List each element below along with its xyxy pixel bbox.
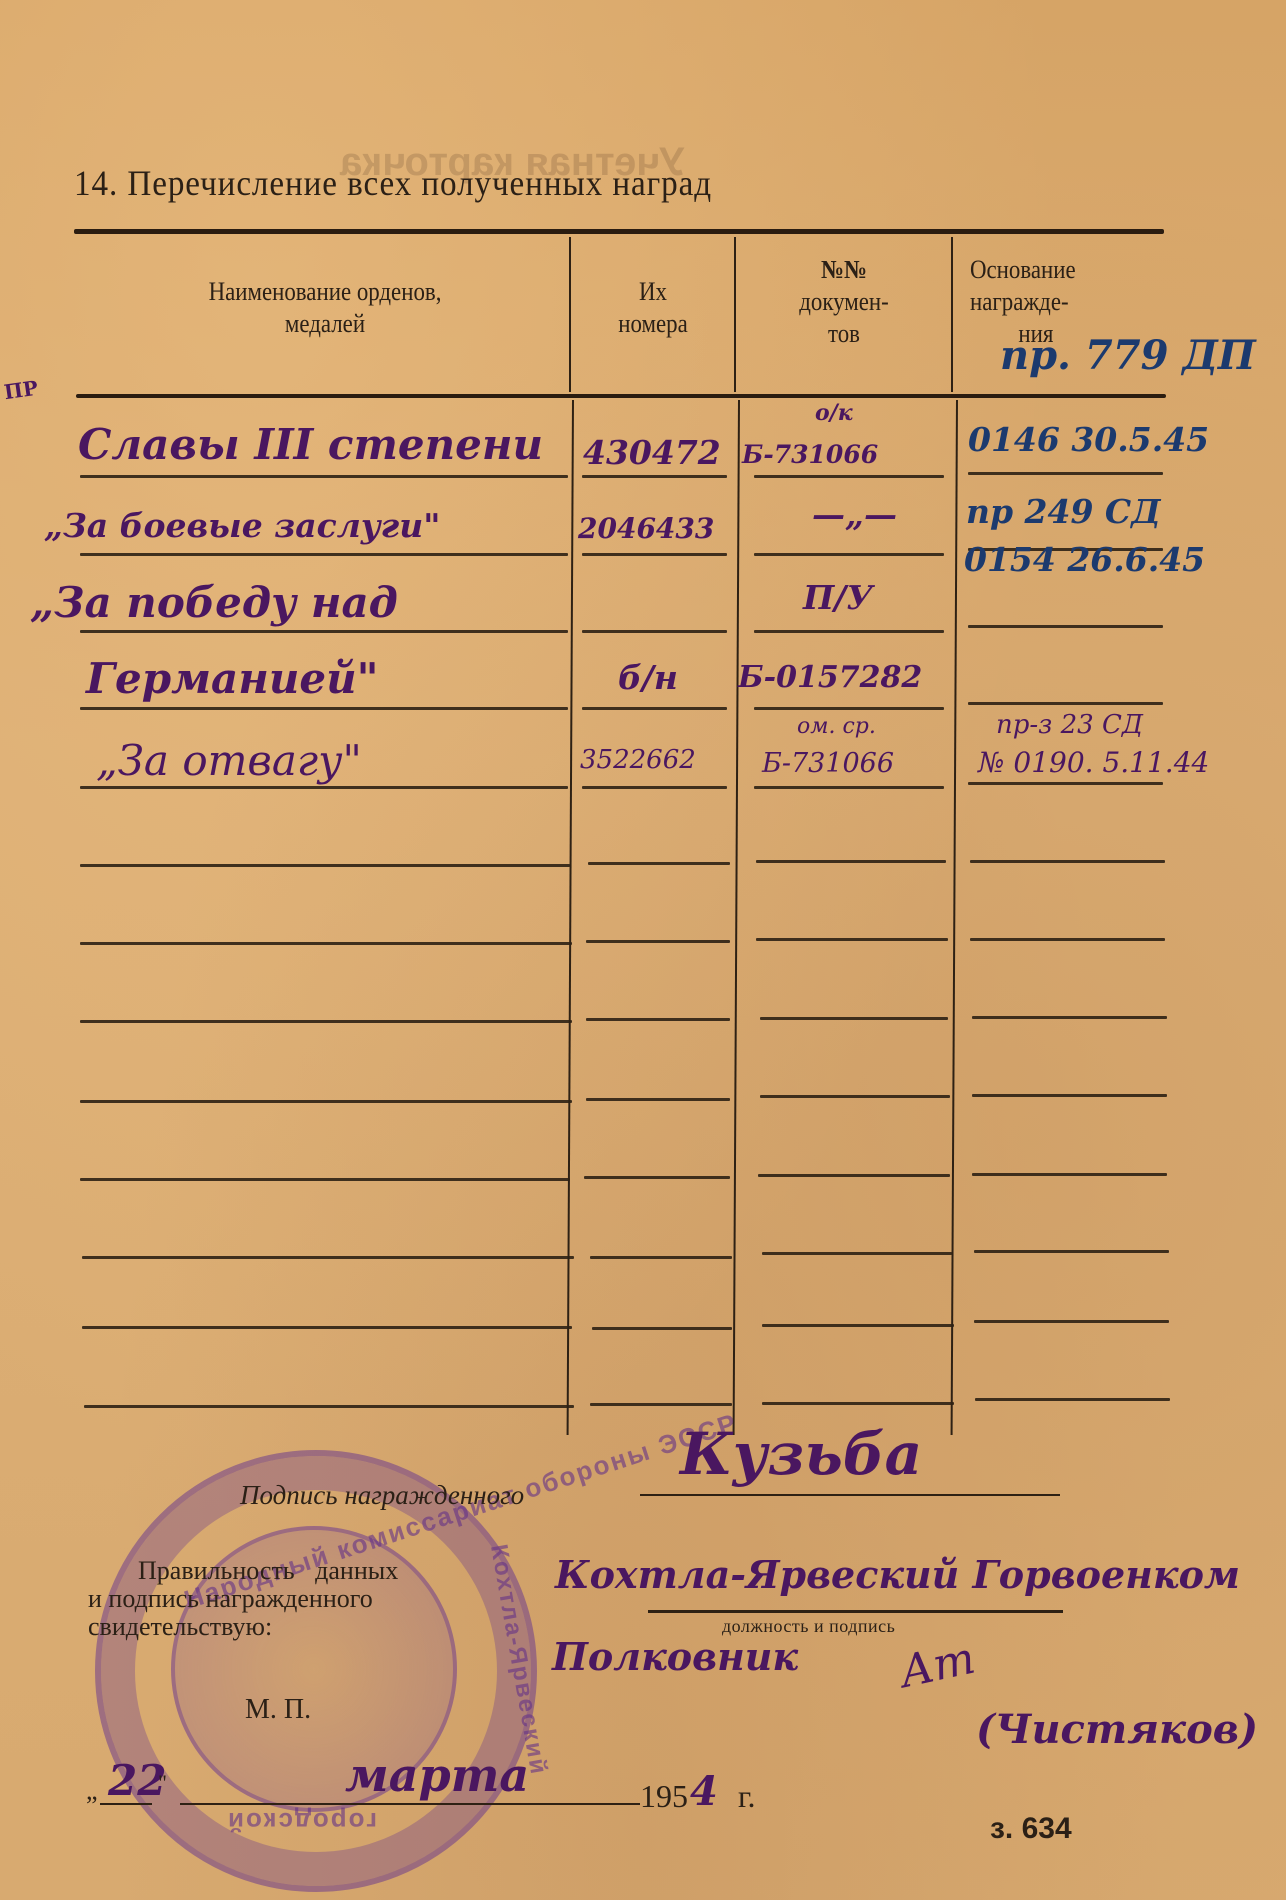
award-number: 2046433 [578,512,714,545]
col-header-doc-line3: тов [756,318,932,350]
col-header-name-line1: Наименование орденов, [118,276,532,308]
certification-label-line2: и подпись награжденного [88,1584,373,1614]
doc-note: ом. ср. [797,714,876,739]
header-basis-handwritten: пр. 779 ДП [1000,332,1256,379]
award-name: „За победу над [30,578,398,627]
col-header-doc-line1: №№ [756,254,932,286]
award-basis: пр 249 СД [966,492,1161,531]
officer-rank: Полковник [552,1634,798,1679]
section-title: 14. Перечисление всех полученных наград [74,162,712,204]
doc-number: —„— [812,495,897,534]
award-basis: 0154 26.6.45 [964,540,1205,579]
seal-label: М. П. [245,1694,311,1726]
column-divider [951,237,953,392]
date-month: марта [345,1748,529,1802]
col-header-number: Их номера [587,276,719,340]
officer-position: Кохтла-Ярвеский Горвоенком [555,1552,1240,1597]
awardee-signature-label: Подпись награжденного [240,1480,524,1511]
award-number: б/н [618,658,678,697]
table-top-rule [74,229,1164,234]
doc-note: о/к [815,400,853,426]
award-number: 3522662 [580,745,696,775]
date-year-prefix: 195 [640,1778,688,1815]
officer-signature: Ат [896,1633,980,1698]
doc-number: Б-0157282 [738,660,922,695]
awardee-signature: Кузьба [680,1420,922,1488]
officer-name: (Чистяков) [976,1706,1258,1753]
stamp-right-text: Кохтла-Ярвеский [484,1542,552,1778]
award-number: 430472 [583,433,721,472]
official-stamp: Народный комиссариат обороны ЭССР Кохтла… [95,1450,537,1892]
column-divider [734,237,736,392]
margin-mark: ПР [2,376,39,404]
doc-number: П/У [803,578,873,617]
award-basis-line1: пр-з 23 СД [996,710,1143,740]
column-divider [733,400,740,1435]
award-basis: № 0190. 5.11.44 [978,746,1209,779]
date-close-quote: " [158,1770,167,1796]
doc-number: Б-731066 [742,440,878,469]
doc-number: Б-731066 [762,748,894,779]
award-name: „За боевые заслуги" [44,506,440,545]
col-header-number-line2: номера [587,308,719,340]
date-year-digit: 4 [690,1768,718,1815]
certification-label-line1: Правильность данных [138,1556,398,1586]
award-name: Славы III степени [78,420,543,469]
award-name: „За отвагу" [96,736,362,785]
col-header-name-line2: медалей [118,308,532,340]
print-order-number: з. 634 [990,1812,1072,1846]
stamp-bottom-text: городской [226,1806,377,1837]
col-header-doc-line2: докумен- [756,286,932,318]
col-header-doc: №№ докумен- тов [756,254,932,350]
col-header-basis-line2: награжде- [970,286,1128,318]
date-open-quote: „ [86,1776,98,1806]
awardee-signature-line [640,1494,1060,1496]
col-header-name: Наименование орденов, медалей [118,276,532,340]
award-name: Германией" [86,654,379,703]
officer-position-line [648,1610,1063,1613]
table-header-rule [76,394,1166,398]
certification-label-line3: свидетельствую: [88,1612,272,1642]
col-header-number-line1: Их [587,276,719,308]
column-divider [569,237,571,392]
date-month-line [180,1803,640,1805]
column-divider [951,400,958,1435]
col-header-basis-line1: Основание [970,254,1128,286]
date-year-suffix: г. [738,1778,756,1815]
award-basis: 0146 30.5.45 [968,420,1209,459]
